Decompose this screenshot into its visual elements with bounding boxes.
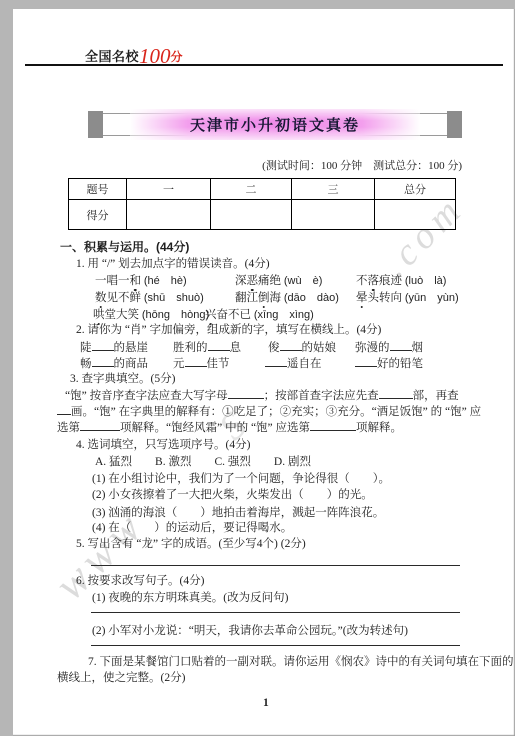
brand-name: 全国名校 bbox=[85, 49, 139, 64]
q3-text: 项解释。 bbox=[356, 422, 402, 434]
fill-blank bbox=[379, 388, 413, 399]
score-cell bbox=[375, 200, 456, 230]
pinyin: (hé hè) bbox=[144, 275, 187, 287]
word-text: 海 bbox=[270, 292, 282, 304]
section-1-heading: 一、积累与运用。(44分) bbox=[60, 240, 189, 254]
item-text: 的姑娘 bbox=[302, 342, 337, 354]
score-table-header: 题号 bbox=[69, 179, 127, 200]
question-2-stem: 2. 请你为 “肖” 字加偏旁，组成新的字，填写在横线上。(4分) bbox=[76, 323, 381, 337]
dotted-char: 兴 bbox=[205, 308, 217, 322]
q2-fill-item: 好的铅笔 bbox=[355, 356, 423, 371]
answer-line bbox=[91, 612, 460, 613]
fill-blank bbox=[280, 340, 302, 351]
q4-item-3: (3) 汹涌的海浪（ ）地拍击着海岸，溅起一阵阵浪花。 bbox=[92, 506, 384, 520]
score-table-header: 二 bbox=[211, 179, 292, 200]
score-cell bbox=[211, 200, 292, 230]
q3-text: ；按部首查字法应先查 bbox=[264, 390, 379, 402]
fill-blank bbox=[57, 404, 71, 415]
q6-item-1: (1) 夜晚的东方明珠真美。(改为反问句) bbox=[92, 591, 288, 605]
test-info: (测试时间：100 分钟 测试总分：100 分) bbox=[262, 157, 462, 173]
fill-blank bbox=[185, 356, 207, 367]
pinyin: (wù è) bbox=[284, 275, 323, 287]
fill-blank bbox=[310, 420, 356, 431]
q4-item-4: (4) 在（ ）的运动后，要记得喝水。 bbox=[92, 521, 292, 535]
q4-options: A. 猛烈 B. 激烈 C. 强烈 D. 剧烈 bbox=[95, 455, 311, 469]
q2-fill-item: 遥自在 bbox=[265, 356, 322, 371]
q3-text: 项解释。“饱经风霜” 中的 “饱” 应选第 bbox=[120, 422, 310, 434]
score-table-score-row: 得分 bbox=[69, 200, 456, 230]
title-banner: 天津市小升初语文真卷 bbox=[88, 109, 462, 140]
item-text: 俊 bbox=[268, 342, 280, 354]
q1-word: 翻江倒海 (dāo dào) bbox=[235, 291, 339, 305]
screenshot-canvas: www s .com 全国名校100分 天津市小升初语文真卷 (测试时间：100… bbox=[0, 0, 515, 736]
dotted-char: 倒 bbox=[258, 291, 270, 305]
q1-word: 兴奋不已 (xīng xìng) bbox=[205, 308, 314, 322]
pinyin: (dāo dào) bbox=[284, 292, 339, 304]
fill-blank bbox=[355, 356, 377, 367]
item-text: 的商品 bbox=[114, 358, 149, 370]
q1-word: 不落痕迹 (luò là) bbox=[356, 274, 446, 288]
q1-word: 晕头转向 (yūn yùn) bbox=[356, 291, 459, 305]
score-table-header: 三 bbox=[292, 179, 375, 200]
pinyin: (hōng hòng) bbox=[142, 309, 209, 321]
score-table-header: 总分 bbox=[375, 179, 456, 200]
q1-word: 深恶痛绝 (wù è) bbox=[235, 274, 322, 288]
item-text: 胜利的 bbox=[173, 342, 208, 354]
fill-blank bbox=[265, 356, 287, 367]
word-text: 堂大笑 bbox=[105, 309, 140, 321]
item-text: 遥自在 bbox=[287, 358, 322, 370]
fill-blank bbox=[92, 340, 114, 351]
score-table-header-row: 题号 一 二 三 总分 bbox=[69, 179, 456, 200]
score-table-header: 一 bbox=[127, 179, 211, 200]
item-text: 佳节 bbox=[207, 358, 230, 370]
q1-word: 数见不鲜 (shū shuò) bbox=[95, 291, 204, 305]
question-7-line-1: 7. 下面是某餐馆门口贴着的一副对联。请你运用《悯农》诗中的有关词句填在下面的 bbox=[88, 655, 514, 669]
item-text: 的悬崖 bbox=[114, 342, 149, 354]
item-text: 陡 bbox=[80, 342, 92, 354]
dotted-char: 晕 bbox=[356, 291, 368, 305]
item-text: 元 bbox=[173, 358, 185, 370]
dotted-char: 落 bbox=[368, 274, 380, 288]
q3-line-1: “饱” 按音序查字法应查大写字母；按部首查字法应先查部，再查 bbox=[65, 388, 459, 403]
item-text: 好的铅笔 bbox=[377, 358, 423, 370]
q2-fill-item: 胜利的息 bbox=[173, 340, 241, 355]
pinyin: (luò là) bbox=[405, 275, 447, 287]
answer-line bbox=[91, 645, 460, 646]
fill-blank bbox=[92, 356, 114, 367]
q1-word: 哄堂大笑 (hōng hòng) bbox=[93, 308, 209, 322]
question-6-stem: 6. 按要求改写句子。(4分) bbox=[76, 574, 204, 588]
fill-blank bbox=[228, 388, 264, 399]
q3-text: 部，再查 bbox=[413, 390, 459, 402]
word-text: 头转向 bbox=[368, 292, 403, 304]
score-cell bbox=[292, 200, 375, 230]
pinyin: (yūn yùn) bbox=[405, 292, 459, 304]
question-5-stem: 5. 写出含有 “龙” 字的成语。(至少写4个) (2分) bbox=[76, 537, 306, 551]
score-table: 题号 一 二 三 总分 得分 bbox=[68, 178, 456, 230]
q3-text: 选第 bbox=[57, 422, 80, 434]
question-4-stem: 4. 选词填空，只写选项序号。(4分) bbox=[76, 438, 250, 452]
q3-text: “饱” 按音序查字法应查大写字母 bbox=[65, 390, 228, 402]
answer-line bbox=[91, 565, 460, 566]
question-7-line-2: 横线上，使之完整。(2分) bbox=[57, 671, 185, 685]
item-text: 畅 bbox=[80, 358, 92, 370]
item-text: 烟 bbox=[412, 342, 424, 354]
dotted-char: 恶 bbox=[247, 274, 259, 288]
word-text: 一唱一 bbox=[95, 275, 130, 287]
dotted-char: 哄 bbox=[93, 308, 105, 322]
word-text: 不 bbox=[356, 275, 368, 287]
item-text: 弥漫的 bbox=[355, 342, 390, 354]
q1-word: 一唱一和 (hé hè) bbox=[95, 274, 187, 288]
fill-blank bbox=[80, 420, 120, 431]
score-row-label: 得分 bbox=[69, 200, 127, 230]
q3-line-3: 选第项解释。“饱经风霜” 中的 “饱” 应选第项解释。 bbox=[57, 420, 402, 435]
q2-fill-item: 俊的姑娘 bbox=[268, 340, 336, 355]
pinyin: (xīng xìng) bbox=[254, 309, 314, 321]
fill-blank bbox=[390, 340, 412, 351]
header-rule bbox=[25, 64, 503, 66]
word-text: 奋不已 bbox=[217, 309, 252, 321]
exam-page: www s .com 全国名校100分 天津市小升初语文真卷 (测试时间：100… bbox=[13, 9, 515, 736]
fill-blank bbox=[208, 340, 230, 351]
q3-line-2: 画。“饱” 在字典里的解释有：①吃足了；②充实；③充分。“酒足饭饱” 的 “饱”… bbox=[57, 404, 481, 419]
q4-item-1: (1) 在小组讨论中，我们为了一个问题，争论得很（ ）。 bbox=[92, 472, 390, 486]
dotted-char: 和 bbox=[130, 274, 142, 288]
q2-fill-item: 陡的悬崖 bbox=[80, 340, 148, 355]
pinyin: (shū shuò) bbox=[144, 292, 204, 304]
word-text: 痛绝 bbox=[258, 275, 281, 287]
q6-item-2: (2) 小军对小龙说：“明天，我请你去革命公园玩。”(改为转述句) bbox=[92, 624, 408, 638]
q2-fill-item: 弥漫的烟 bbox=[355, 340, 423, 355]
dotted-char: 数 bbox=[95, 291, 107, 305]
q4-item-2: (2) 小女孩擦着了一大把火柴，火柴发出（ ）的光。 bbox=[92, 488, 373, 502]
word-text: 深 bbox=[235, 275, 247, 287]
exam-title: 天津市小升初语文真卷 bbox=[88, 109, 462, 140]
page-number: 1 bbox=[263, 696, 269, 710]
question-3-stem: 3. 查字典填空。(5分) bbox=[70, 372, 175, 386]
q2-fill-item: 畅的商品 bbox=[80, 356, 148, 371]
item-text: 息 bbox=[230, 342, 242, 354]
word-text: 见不鲜 bbox=[107, 292, 142, 304]
q2-fill-item: 元佳节 bbox=[173, 356, 230, 371]
word-text: 翻江 bbox=[235, 292, 258, 304]
score-cell bbox=[127, 200, 211, 230]
q3-text: 画。“饱” 在字典里的解释有：①吃足了；②充实；③充分。“酒足饭饱” 的 “饱”… bbox=[71, 406, 481, 418]
brand-score-suffix: 分 bbox=[171, 50, 183, 64]
word-text: 痕迹 bbox=[379, 275, 402, 287]
question-1-stem: 1. 用 “/” 划去加点字的错误读音。(4分) bbox=[76, 257, 270, 271]
